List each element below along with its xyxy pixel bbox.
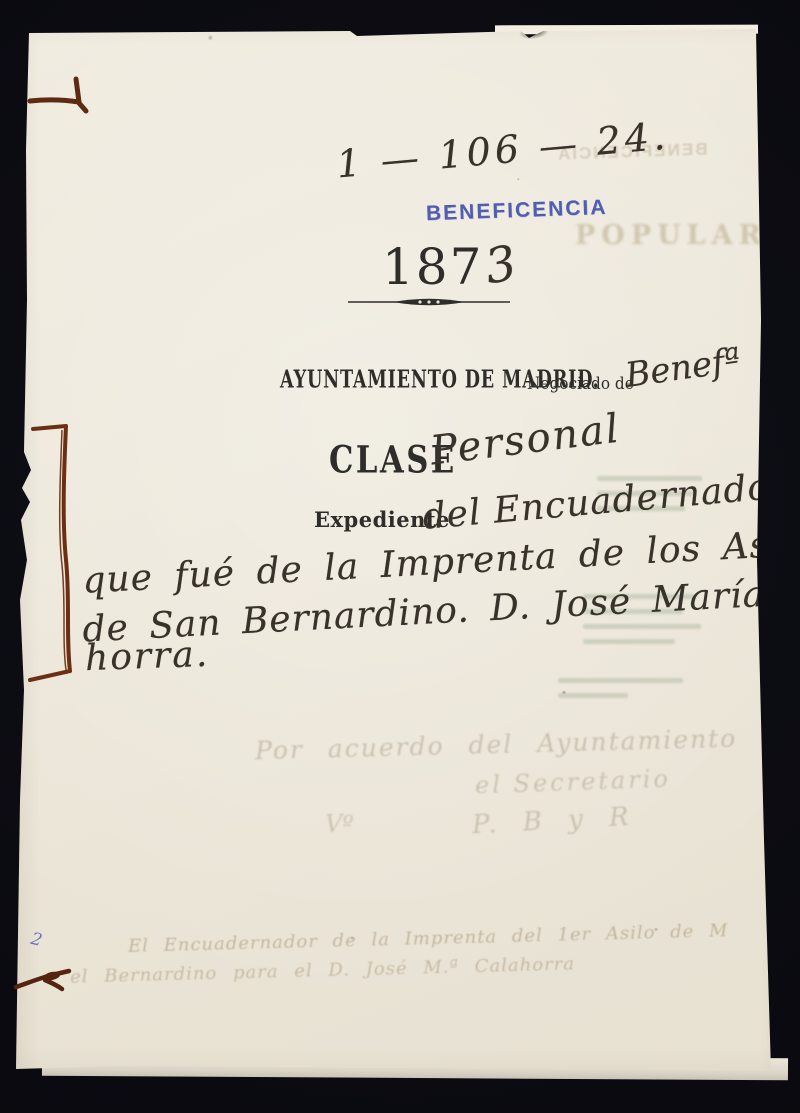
clase-value: Personal <box>428 406 623 475</box>
bleedthrough-note-line-3: P. B y R <box>471 802 633 840</box>
bleedthrough-bottom-line-1: El Encuadernador de la Imprenta del 1er … <box>128 920 729 957</box>
beneficencia-stamp: BENEFICENCIA <box>426 196 608 226</box>
bleedthrough-bottom-line-2: el Bernardino para el D. José M.ª Calaho… <box>70 953 575 987</box>
year-handwritten: 3 <box>481 235 523 296</box>
scan-background: BENEFICENCIA POPULAR Por acuerdo del Ayu… <box>0 0 800 1113</box>
bleedthrough-note-line-2: el Secretario <box>475 765 672 800</box>
expediente-line-4: horra. <box>84 634 210 679</box>
negociado-label: Negociado de <box>527 374 634 394</box>
year-printed: 187 <box>382 238 483 296</box>
bleedthrough-note-line-1: Por acuerdo del Ayuntamiento <box>255 724 738 766</box>
year: 1873 <box>382 238 519 296</box>
file-number: 1 — 106 — 24. <box>335 114 671 187</box>
document-page: BENEFICENCIA POPULAR Por acuerdo del Ayu… <box>0 0 800 1113</box>
bleedthrough-popular-text: POPULAR <box>575 220 767 251</box>
negociado-value: Benefª <box>623 340 743 396</box>
ornament-divider <box>348 295 510 309</box>
margin-blue-mark: 2 <box>29 929 44 951</box>
bleedthrough-note-line-3-left: Vº <box>325 810 354 838</box>
bleedthrough-print-block-3 <box>558 678 688 708</box>
